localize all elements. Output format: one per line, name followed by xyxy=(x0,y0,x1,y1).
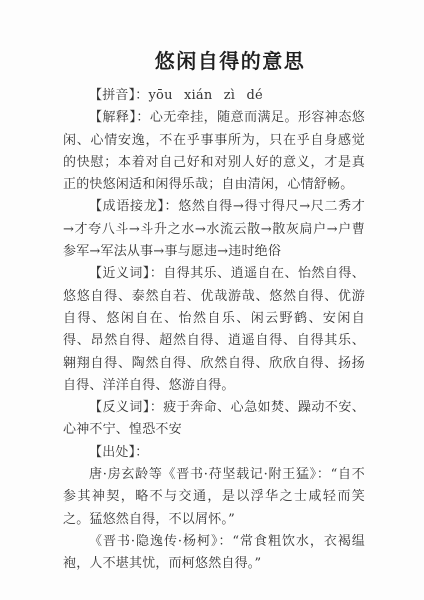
document-page: 悠闲自得的意思 【拼音】：yōu xián zì dé 【解释】：心无牵挂，随意… xyxy=(0,0,424,600)
definition-paragraph: 【解释】：心无牵挂，随意而满足。形容神态悠闲、心情安逸，不在乎事事所为，只在乎自… xyxy=(63,107,365,196)
source-quote-jinshu-fujian: 唐·房玄龄等《晋书·苻坚载记·附王猛》：“自不参其神契，略不与交通，是以浮华之士… xyxy=(63,464,365,531)
pinyin-paragraph: 【拼音】：yōu xián zì dé xyxy=(63,85,365,107)
idiom-chain-paragraph: 【成语接龙】：悠然自得→得寸得尺→尺二秀才→才夸八斗→斗升之水→水流云散→散灰扃… xyxy=(63,196,365,263)
page-title: 悠闲自得的意思 xyxy=(95,48,365,74)
source-quote-jinshu-yinyi: 《晋书·隐逸传·杨柯》：“常食粗饮水，衣褐缊袍，人不堪其忧，而柯悠然自得。” xyxy=(63,531,365,576)
antonyms-paragraph: 【反义词】：疲于奔命、心急如焚、躁动不安、心神不宁、惶恐不安 xyxy=(63,397,365,442)
source-section-label: 【出处】： xyxy=(63,442,365,464)
synonyms-paragraph: 【近义词】：自得其乐、逍遥自在、怡然自得、悠悠自得、泰然自若、优哉游哉、悠然自得… xyxy=(63,263,365,397)
